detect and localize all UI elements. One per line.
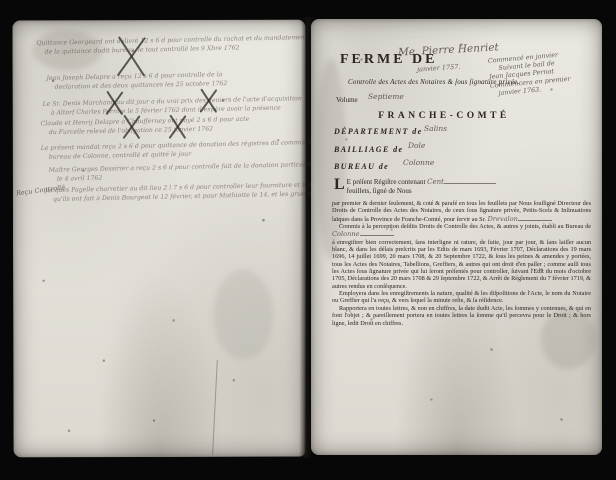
right-page: FERME DE Me. Pierre Henriet janvier 1757…	[311, 19, 602, 455]
body-paragraph-1: par premier & dernier ſeulement, & coté …	[332, 200, 591, 223]
handwritten-volume: Septieme	[368, 92, 404, 101]
blank-line	[444, 178, 496, 184]
handwritten-folio-count: Cent	[427, 178, 444, 186]
handwritten-department: Salins	[424, 124, 447, 133]
crossout-x-mark	[112, 34, 148, 78]
volume-label: Volume	[336, 96, 358, 104]
left-page: Quittance Georgeard ont delivré 12 s 6 d…	[12, 20, 306, 458]
bailliage-label: BAILLIAGE de	[334, 145, 403, 154]
handwritten-bailliage: Dole	[408, 141, 425, 150]
page-crack	[212, 360, 218, 455]
blank-line	[360, 230, 394, 236]
handwritten-bureau: Colonne	[403, 158, 434, 167]
paper-speckles	[12, 20, 13, 21]
crossout-x-mark	[189, 88, 227, 114]
handwritten-start-date: janvier 1757.	[417, 62, 461, 73]
printed-body: par premier & dernier ſeulement, & coté …	[332, 200, 591, 327]
paragraph-text: Commis à la perception deſdits Droits de…	[339, 223, 591, 230]
handwritten-bureau-name-inline: Colonne	[332, 230, 360, 238]
paragraph-text: par premier & dernier ſeulement, & coté …	[332, 200, 591, 223]
handwritten-owner-name: Me. Pierre Henriet	[398, 41, 499, 58]
register-opening: LE préſent Régiſtre contenant Cent feuil…	[334, 178, 564, 195]
drop-cap: L	[334, 178, 345, 192]
handwritten-entry: Le présent mandat reçu 2 s 6 d pour quit…	[41, 138, 315, 162]
province-title: FRANCHE-COMTÉ	[369, 111, 519, 121]
stain	[213, 270, 273, 360]
blank-line	[518, 215, 552, 221]
crossout-x-mark	[97, 90, 131, 116]
handwritten-side-note: Commencé en janvier Suivant le bail de J…	[487, 47, 600, 97]
printed-subtitle: Controlle des Actes des Notaires & ſous …	[348, 78, 519, 86]
bureau-label: BUREAU de	[334, 162, 389, 171]
handwritten-commis-name: Drevalon	[488, 215, 518, 223]
crossout-x-mark	[113, 114, 149, 140]
department-label: DÉPARTEMENT de	[334, 127, 423, 136]
body-paragraph-4: Rapportera en toutes lettres, & non en c…	[332, 305, 591, 327]
scanned-register-photo: Quittance Georgeard ont delivré 12 s 6 d…	[0, 0, 616, 480]
register-text: E préſent Régiſtre contenant	[347, 178, 426, 186]
paper-speckles	[311, 19, 312, 20]
crossout-x-mark	[159, 114, 195, 140]
body-paragraph-3: Employera dans les enregiſtrements la na…	[332, 290, 591, 305]
body-paragraph-2-lead: Commis à la perception deſdits Droits de…	[332, 223, 591, 239]
body-paragraph-2: à enregiſtrer bien correctement, ſans in…	[332, 239, 591, 290]
register-text: feuillets, ſigné de Nous	[347, 187, 412, 195]
